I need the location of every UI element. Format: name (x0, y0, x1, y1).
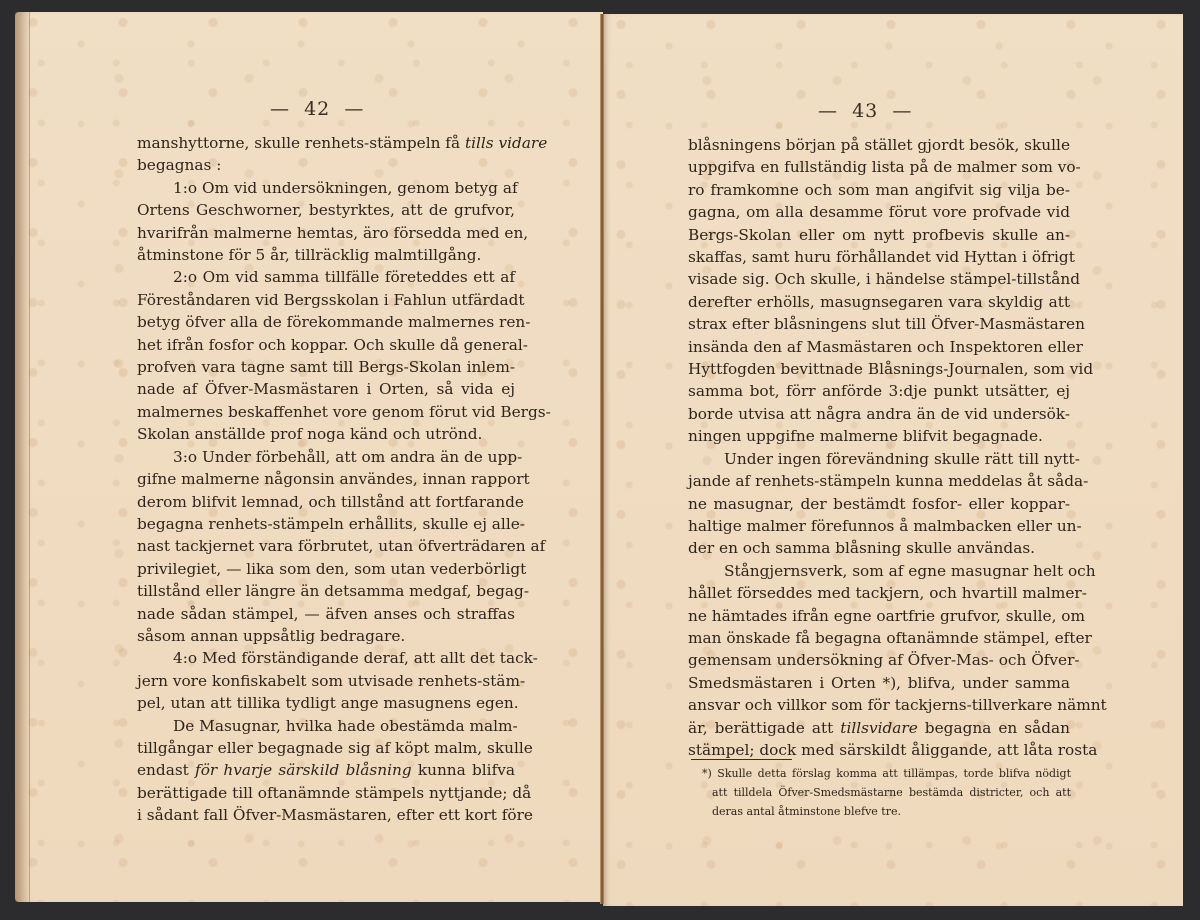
text-line: derefter erhölls, masugnsegaren vara sky… (688, 291, 1070, 313)
text-line: De Masugnar, hvilka hade obestämda malm- (137, 715, 515, 737)
text-line: man önskade få begagna oftanämnde stämpe… (688, 627, 1070, 649)
right-page: — 43 — blåsningens början på stället gjo… (603, 14, 1183, 906)
page-number: — 42 — (270, 98, 364, 120)
text-line: gemensam undersökning af Öfver-Mas- och … (688, 649, 1070, 671)
footnote-line: deras antal åtminstone blefve tre. (702, 802, 1071, 821)
text-line: privilegiet, — lika som den, som utan ve… (137, 558, 515, 580)
text-line: Föreståndaren vid Bergsskolan i Fahlun u… (137, 289, 515, 311)
text-line: malmernes beskaffenhet vore genom förut … (137, 401, 515, 423)
text-line: tillstånd eller längre än detsamma medga… (137, 580, 515, 602)
book-gutter (600, 14, 604, 904)
left-page: — 42 — manshyttorne, skulle renhets-stäm… (15, 12, 603, 902)
text-line: hvarifrån malmerne hemtas, äro försedda … (137, 222, 515, 244)
text-line: nade sådan stämpel, — äfven anses och st… (137, 603, 515, 625)
text-line: Stångjernsverk, som af egne masugnar hel… (688, 560, 1070, 582)
text-line: såsom annan uppsåtlig bedragare. (137, 625, 515, 647)
text-line: stämpel; dock med särskildt åliggande, a… (688, 739, 1070, 761)
text-line: begagnas : (137, 154, 515, 176)
text-line: endast för hvarje särskild blåsning kunn… (137, 759, 515, 781)
text-line: uppgifva en fullständig lista på de malm… (688, 156, 1070, 178)
text-line: samma bot, förr anförde 3:dje punkt utsä… (688, 380, 1070, 402)
text-line: 1:o Om vid undersökningen, genom betyg a… (137, 177, 515, 199)
footnote-line: *) Skulle detta förslag komma att tilläm… (702, 764, 1071, 783)
text-line: borde utvisa att några andra än de vid u… (688, 403, 1070, 425)
text-line: berättigade till oftanämnde stämpels nyt… (137, 782, 515, 804)
body-text: manshyttorne, skulle renhets-stämpeln få… (137, 132, 515, 827)
body-text: blåsningens början på stället gjordt bes… (688, 134, 1070, 761)
text-line: ansvar och villkor som för tackjerns-til… (688, 694, 1070, 716)
text-line: hållet förseddes med tackjern, och hvart… (688, 582, 1070, 604)
text-line: pel, utan att tillika tydligt ange masug… (137, 692, 515, 714)
text-line: betyg öfver alla de förekommande malmern… (137, 311, 515, 333)
text-line: manshyttorne, skulle renhets-stämpeln få… (137, 132, 515, 154)
text-line: åtminstone för 5 år, tillräcklig malmtil… (137, 244, 515, 266)
text-line: begagna renhets-stämpeln erhållits, skul… (137, 513, 515, 535)
text-line: visade sig. Och skulle, i händelse stämp… (688, 268, 1070, 290)
footnote: *) Skulle detta förslag komma att tilläm… (702, 764, 1071, 821)
text-line: Under ingen förevändning skulle rätt til… (688, 448, 1070, 470)
text-line: Hyttfogden bevittnade Blåsnings-Journale… (688, 358, 1070, 380)
text-line: ne hämtades ifrån egne oartfrie grufvor,… (688, 605, 1070, 627)
footnote-line: att tilldela Öfver-Smedsmästarne bestämd… (702, 783, 1071, 802)
text-line: der en och samma blåsning skulle använda… (688, 537, 1070, 559)
text-line: ne masugnar, der bestämdt fosfor- eller … (688, 493, 1070, 515)
text-line: 4:o Med förständigande deraf, att allt d… (137, 647, 515, 669)
text-line: ro framkomne och som man angifvit sig vi… (688, 179, 1070, 201)
text-line: 3:o Under förbehåll, att om andra än de … (137, 446, 515, 468)
text-line: strax efter blåsningens slut till Öfver-… (688, 313, 1070, 335)
text-line: 2:o Om vid samma tillfälle företeddes et… (137, 266, 515, 288)
text-line: ningen uppgifne malmerne blifvit begagna… (688, 425, 1070, 447)
text-line: Smedsmästaren i Orten *), blifva, under … (688, 672, 1070, 694)
text-line: derom blifvit lemnad, och tillstånd att … (137, 491, 515, 513)
footnote-rule (691, 759, 792, 760)
text-line: blåsningens början på stället gjordt bes… (688, 134, 1070, 156)
text-line: het ifrån fosfor och koppar. Och skulle … (137, 334, 515, 356)
text-line: nade af Öfver-Masmästaren i Orten, så vi… (137, 378, 515, 400)
text-line: skaffas, samt huru förhållandet vid Hytt… (688, 246, 1070, 268)
text-line: Ortens Geschworner, bestyrktes, att de g… (137, 199, 515, 221)
text-line: haltige malmer förefunnos å malmbacken e… (688, 515, 1070, 537)
text-line: Skolan anställde prof noga känd och utrö… (137, 423, 515, 445)
text-line: jern vore konfiskabelt som utvisade renh… (137, 670, 515, 692)
text-line: nast tackjernet vara förbrutet, utan öfv… (137, 535, 515, 557)
text-line: är, berättigade att tillsvidare begagna … (688, 717, 1070, 739)
text-line: jande af renhets-stämpeln kunna meddelas… (688, 470, 1070, 492)
text-line: i sådant fall Öfver-Masmästaren, efter e… (137, 804, 515, 826)
text-line: profven vara tagne samt till Bergs-Skola… (137, 356, 515, 378)
page-number: — 43 — (818, 100, 912, 122)
text-line: insända den af Masmästaren och Inspektor… (688, 336, 1070, 358)
text-line: tillgångar eller begagnade sig af köpt m… (137, 737, 515, 759)
text-line: gagna, om alla desamme förut vore profva… (688, 201, 1070, 223)
text-line: gifne malmerne någonsin användes, innan … (137, 468, 515, 490)
text-line: Bergs-Skolan eller om nytt profbevis sku… (688, 224, 1070, 246)
